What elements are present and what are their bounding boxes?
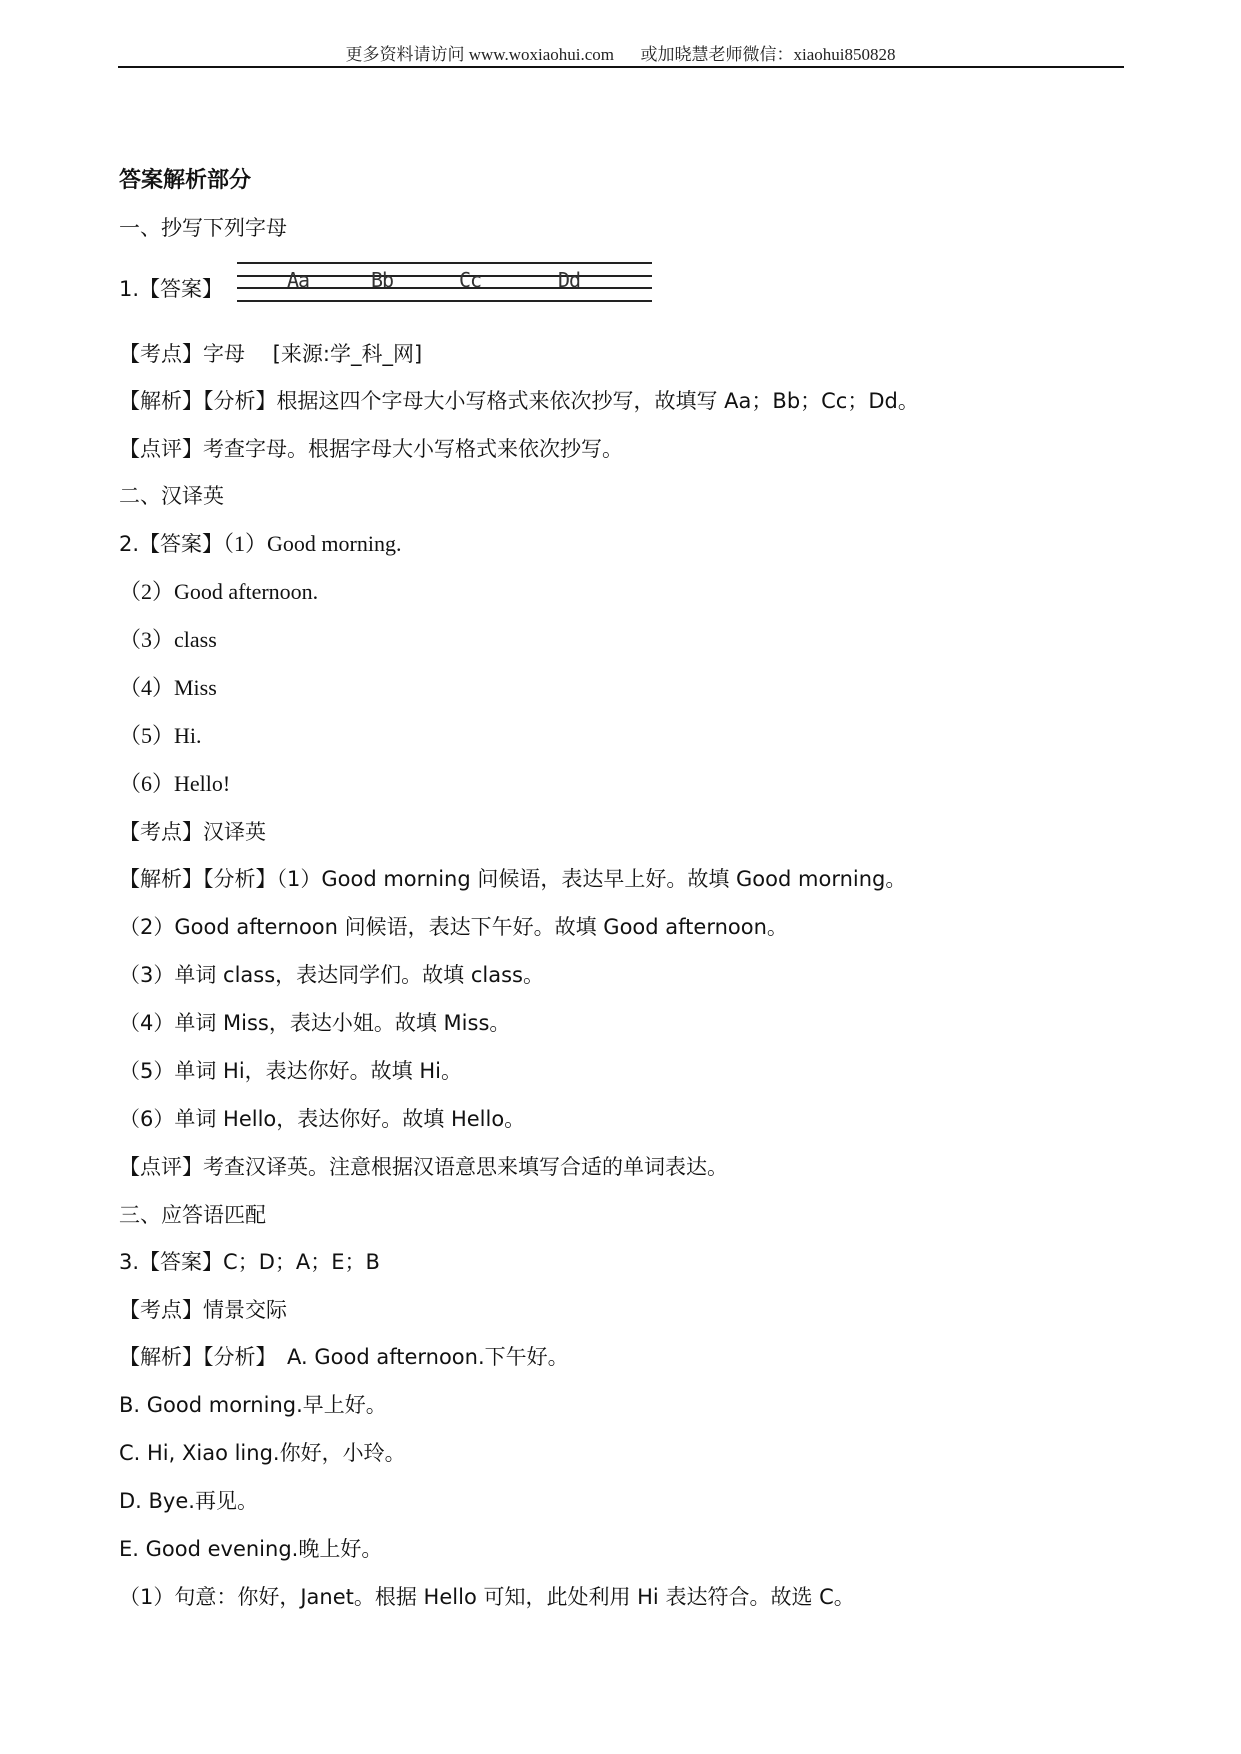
q2-jiexi-3: （3）单词 class，表达同学们。故填 class。 xyxy=(119,960,544,990)
letter-dd: Dd xyxy=(558,268,580,292)
q1-dianping: 【点评】考查字母。根据字母大小写格式来依次抄写。 xyxy=(119,434,623,464)
q2-answer-4: （4）Miss xyxy=(119,673,217,703)
q2-answer-1: （1）Good morning. xyxy=(223,531,401,556)
q3-jiexi-5: E. Good evening.晚上好。 xyxy=(119,1534,382,1564)
q3-jiexi-3: C. Hi, Xiao ling.你好，小玲。 xyxy=(119,1438,406,1468)
q2-jiexi-6: （6）单词 Hello，表达你好。故填 Hello。 xyxy=(119,1104,525,1134)
section-1-heading: 一、抄写下列字母 xyxy=(119,213,287,243)
q3-jiexi-1: 【解析】【分析】 A. Good afternoon.下午好。 xyxy=(119,1342,569,1372)
q2-jiexi-2: （2）Good afternoon 问候语，表达下午好。故填 Good afte… xyxy=(119,912,788,942)
section-2-heading: 二、汉译英 xyxy=(119,481,224,511)
four-line-writing-grid: Aa Bb Cc Dd xyxy=(237,262,652,302)
q2-answer-5: （5）Hi. xyxy=(119,721,202,751)
q2-jiexi-1: 【解析】【分析】（1）Good morning 问候语，表达早上好。故填 Goo… xyxy=(119,864,906,894)
q1-kaodian: 【考点】字母 [来源:学_科_网] xyxy=(119,339,422,369)
q2-jiexi-5: （5）单词 Hi，表达你好。故填 Hi。 xyxy=(119,1056,462,1086)
header-left-text: 更多资料请访问 xyxy=(345,45,464,64)
page-title: 答案解析部分 xyxy=(119,166,251,196)
header-right-text: 或加晓慧老师微信：xiaohui850828 xyxy=(641,45,896,64)
q2-answer-2: （2）Good afternoon. xyxy=(119,577,318,607)
q2-answer-6: （6）Hello! xyxy=(119,769,230,799)
q2-jiexi-4: （4）单词 Miss，表达小姐。故填 Miss。 xyxy=(119,1008,510,1038)
section-3-heading: 三、应答语匹配 xyxy=(119,1200,266,1230)
q2-dianping: 【点评】考查汉译英。注意根据汉语意思来填写合适的单词表达。 xyxy=(119,1152,728,1182)
q3-jiexi-4: D. Bye.再见。 xyxy=(119,1486,258,1516)
header-url: www.woxiaohui.com xyxy=(469,45,614,64)
q2-answer-line: 2.【答案】（1）Good morning. xyxy=(119,529,402,559)
header-divider xyxy=(118,66,1124,68)
q3-jiexi-6: （1）句意：你好，Janet。根据 Hello 可知，此处利用 Hi 表达符合。… xyxy=(119,1582,855,1612)
q1-jiexi: 【解析】【分析】根据这四个字母大小写格式来依次抄写，故填写 Aa；Bb；Cc；D… xyxy=(119,386,919,416)
q2-answer-label: 2.【答案】 xyxy=(119,532,223,556)
letter-aa: Aa xyxy=(287,268,309,292)
page-header: 更多资料请访问 www.woxiaohui.com 或加晓慧老师微信：xiaoh… xyxy=(0,40,1241,65)
q2-kaodian: 【考点】汉译英 xyxy=(119,817,266,847)
q2-answer-3: （3）class xyxy=(119,625,217,655)
letter-cc: Cc xyxy=(459,268,481,292)
q3-kaodian: 【考点】情景交际 xyxy=(119,1295,287,1325)
q3-answer: 3.【答案】C；D；A；E；B xyxy=(119,1247,380,1277)
q1-answer-label: 1.【答案】 xyxy=(119,274,223,304)
letter-bb: Bb xyxy=(371,268,393,292)
q3-jiexi-2: B. Good morning.早上好。 xyxy=(119,1390,387,1420)
